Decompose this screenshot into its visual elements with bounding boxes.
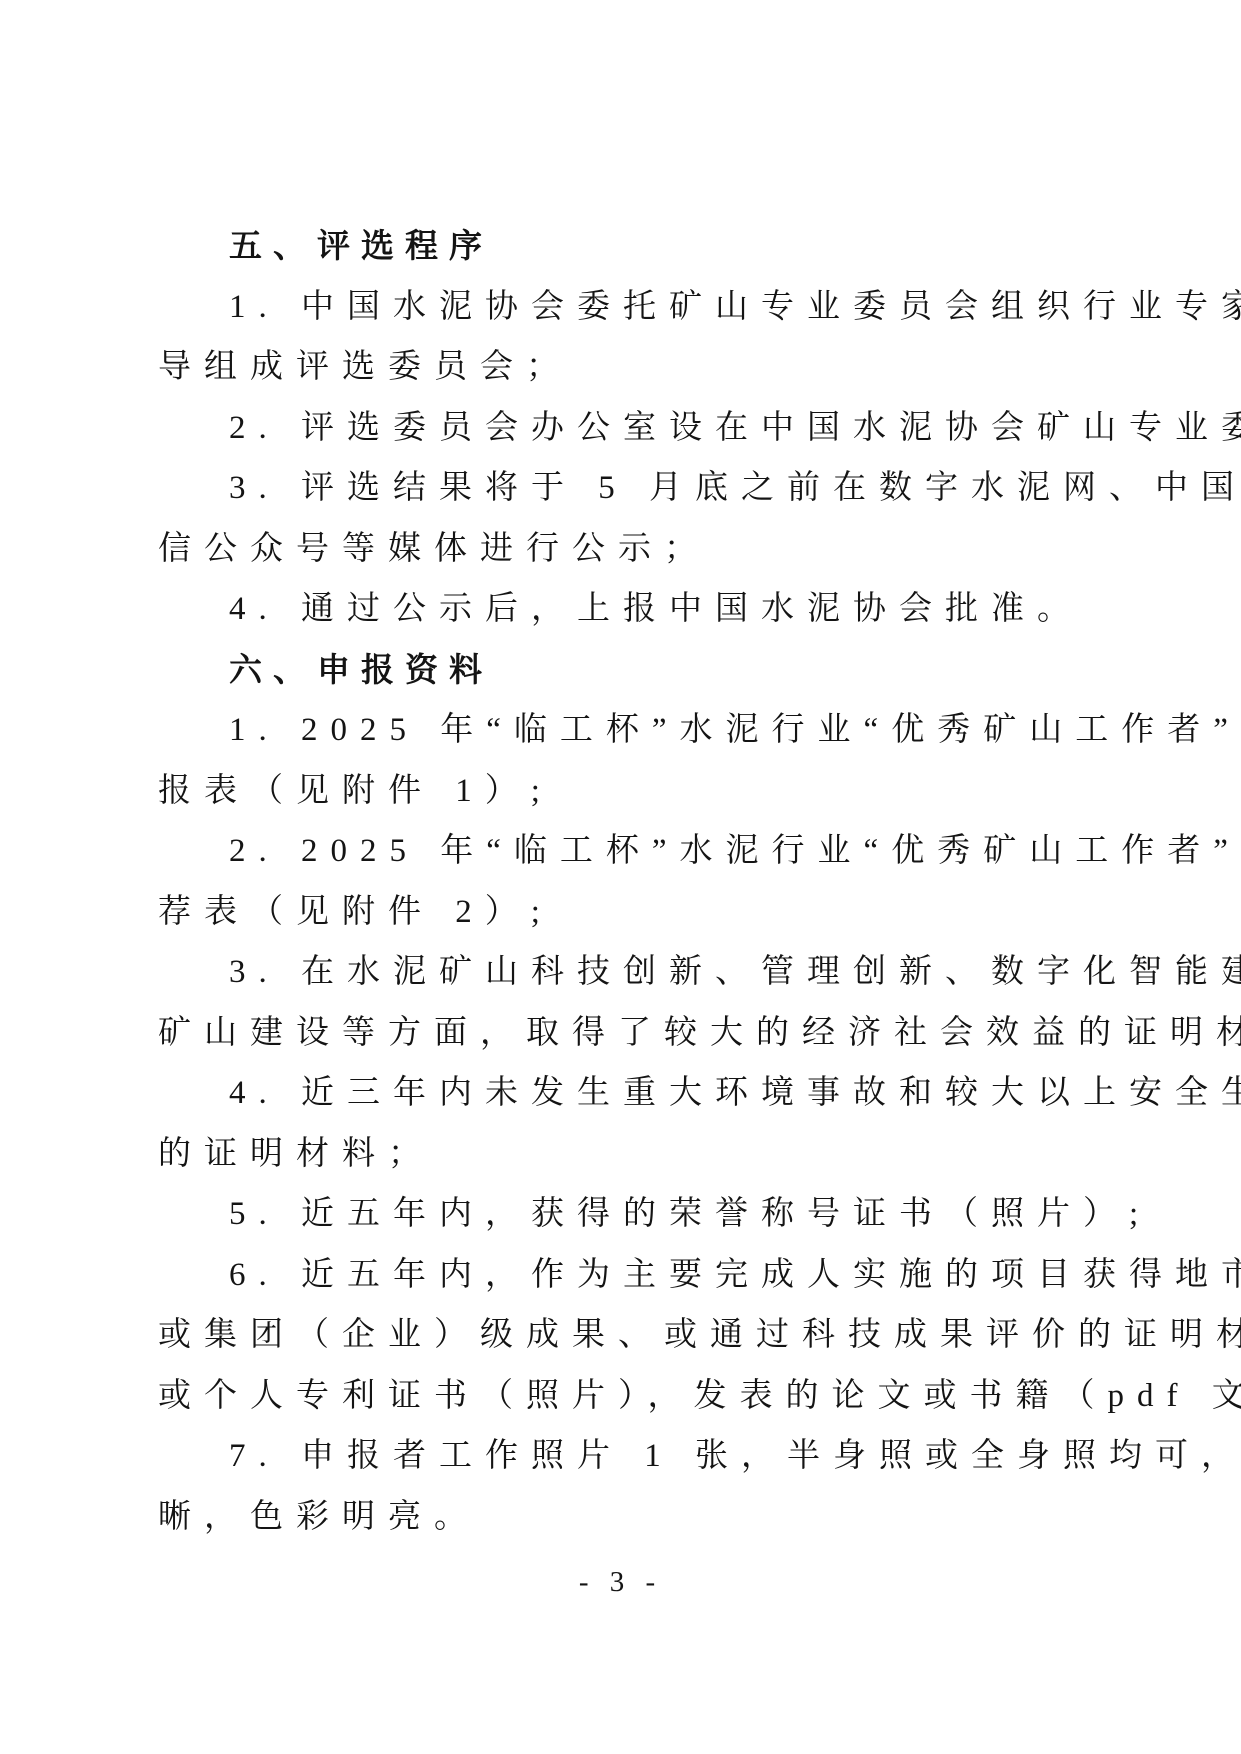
- text-line: 荐表（见附件 2）;: [158, 882, 1090, 943]
- section-heading: 六、申报资料: [158, 640, 1090, 701]
- text-line: 的证明材料；: [158, 1124, 1090, 1185]
- text-line: 3. 评选结果将于 5 月底之前在数字水泥网、中国水泥协会微: [158, 458, 1090, 519]
- text-line: 报表（见附件 1）;: [158, 761, 1090, 822]
- text-line: 5. 近五年内，获得的荣誉称号证书（照片）;: [158, 1184, 1090, 1245]
- text-line: 2. 2025 年“临工杯”水泥行业“优秀矿山工作者”评选推: [158, 821, 1090, 882]
- text-line: 2. 评选委员会办公室设在中国水泥协会矿山专业委员会；: [158, 398, 1090, 459]
- text-line: 3. 在水泥矿山科技创新、管理创新、数字化智能建设、绿色: [158, 942, 1090, 1003]
- document-page: 五、评选程序1. 中国水泥协会委托矿山专业委员会组织行业专家、有关领导组成评选委…: [0, 0, 1241, 1754]
- document-body: 五、评选程序1. 中国水泥协会委托矿山专业委员会组织行业专家、有关领导组成评选委…: [158, 216, 1090, 1547]
- text-line: 1. 中国水泥协会委托矿山专业委员会组织行业专家、有关领: [158, 277, 1090, 338]
- text-line: 或集团（企业）级成果、或通过科技成果评价的证明材料，企业: [158, 1305, 1090, 1366]
- text-line: 4. 近三年内未发生重大环境事故和较大以上安全生产事故: [158, 1063, 1090, 1124]
- text-line: 导组成评选委员会；: [158, 337, 1090, 398]
- text-line: 1. 2025 年“临工杯”水泥行业“优秀矿山工作者”评选申: [158, 700, 1090, 761]
- text-line: 6. 近五年内，作为主要完成人实施的项目获得地市级科技奖、: [158, 1245, 1090, 1306]
- text-line: 矿山建设等方面，取得了较大的经济社会效益的证明材料；: [158, 1003, 1090, 1064]
- section-heading: 五、评选程序: [158, 216, 1090, 277]
- text-line: 信公众号等媒体进行公示；: [158, 519, 1090, 580]
- text-line: 晰，色彩明亮。: [158, 1487, 1090, 1548]
- text-line: 或个人专利证书（照片），发表的论文或书籍（pdf 文件）;: [158, 1366, 1090, 1427]
- page-number: - 3 -: [0, 1566, 1241, 1599]
- text-line: 4. 通过公示后，上报中国水泥协会批准。: [158, 579, 1090, 640]
- text-line: 7. 申报者工作照片 1 张，半身照或全身照均可，要求五官清: [158, 1426, 1090, 1487]
